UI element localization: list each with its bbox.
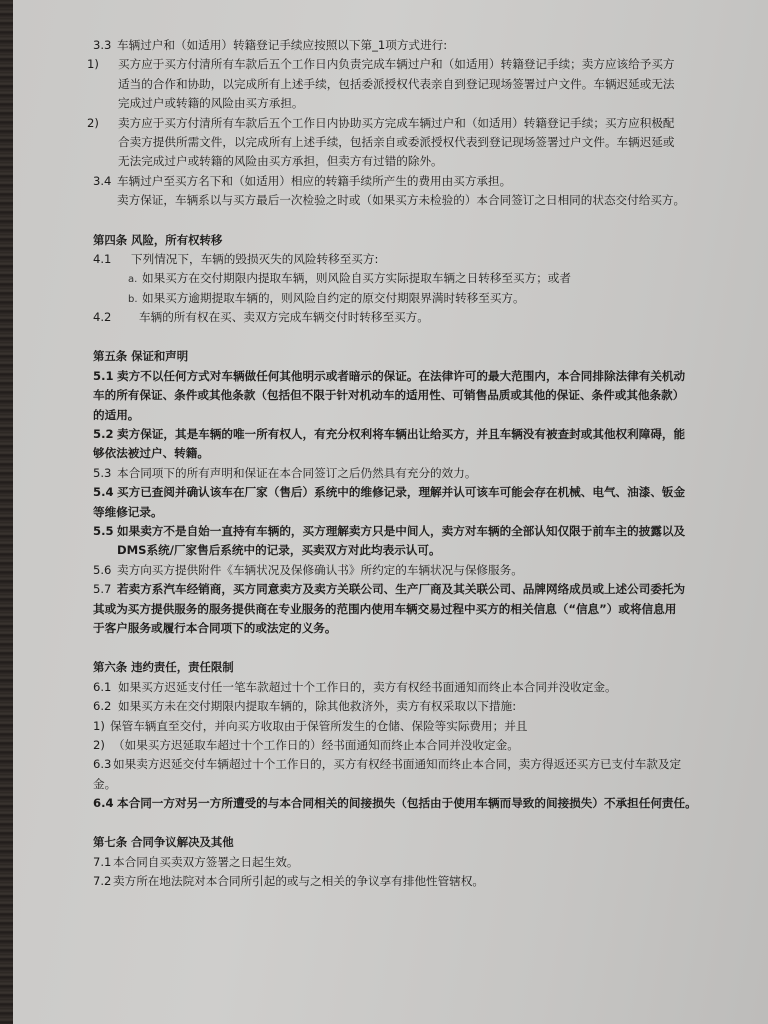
clause-3-4-warranty: 卖方保证，车辆系以与买方最后一次检验之时或（如果买方未检验的）本合同签订之日相同… [93, 191, 738, 210]
section-4-heading: 第四条 风险，所有权转移 [93, 231, 738, 250]
clause-5-5: 5.5如果卖方不是自始一直持有车辆的，买方理解卖方只是中间人，卖方对车辆的全部认… [93, 522, 738, 541]
contract-page: 3.3车辆过户和（如适用）转籍登记手续应按照以下第_1项方式进行: 1)买方应于… [13, 0, 768, 1024]
clause-5-2-line-2: 够依法被过户、转籍。 [93, 444, 738, 463]
clause-6-3: 6.3如果卖方迟延交付车辆超过十个工作日的，买方有权经书面通知而终止本合同，卖方… [93, 755, 738, 774]
clause-5-1-line-3: 的适用。 [93, 406, 738, 425]
clause-4-1-b: b.如果买方逾期提取车辆的，则风险自约定的原交付期限界满时转移至买方。 [93, 289, 738, 308]
clause-5-3: 5.3本合同项下的所有声明和保证在本合同签订之后仍然具有充分的效力。 [93, 464, 738, 483]
clause-3-3-option-2: 2)卖方应于买方付清所有车款后五个工作日内协助买方完成车辆过户和（如适用）转籍登… [87, 114, 738, 133]
clause-3-3-option-2-line-2: 合卖方提供所需文件，以完成所有上述手续，包括亲自或委派授权代表到登记现场签署过户… [93, 133, 738, 152]
section-5-heading: 第五条 保证和声明 [93, 347, 738, 366]
clause-3-3-option-2-line-3: 无法完成过户或转籍的风险由买方承担，但卖方有过错的除外。 [93, 152, 738, 171]
clause-3-3-option-1: 1)买方应于买方付清所有车款后五个工作日内负责完成车辆过户和（如适用）转籍登记手… [87, 55, 738, 74]
clause-5-1-line-2: 车的所有保证、条件或其他条款（包括但不限于针对机动车的适用性、可销售品质或其他的… [93, 386, 738, 405]
section-6-heading: 第六条 违约责任，责任限制 [93, 658, 738, 677]
clause-5-4-line-2: 等维修记录。 [93, 503, 738, 522]
clause-3-3-option-1-line-2: 适当的合作和协助，以完成所有上述手续，包括委派授权代表亲自到登记现场签署过户文件… [93, 75, 738, 94]
desk-background [0, 0, 14, 1024]
clause-4-2: 4.2车辆的所有权在买、卖双方完成车辆交付时转移至买方。 [93, 308, 738, 327]
clause-5-4: 5.4买方已查阅并确认该车在厂家（售后）系统中的维修记录，理解并认可该车可能会存… [93, 483, 738, 502]
clause-5-6: 5.6卖方向买方提供附件《车辆状况及保修确认书》所约定的车辆状况与保修服务。 [93, 561, 738, 580]
clause-6-3-line-2: 金。 [93, 775, 738, 794]
clause-5-5-line-2: DMS系统/厂家售后系统中的记录，买卖双方对此均表示认可。 [93, 541, 738, 560]
clause-6-2: 6.2如果买方未在交付期限内提取车辆的，除其他救济外，卖方有权采取以下措施: [93, 697, 738, 716]
clause-6-2-measure-1: 1)保管车辆直至交付，并向买方收取由于保管所发生的仓储、保险等实际费用；并且 [93, 717, 738, 736]
clause-5-7: 5.7若卖方系汽车经销商，买方同意卖方及卖方关联公司、生产厂商及其关联公司、品牌… [93, 580, 738, 599]
clause-5-1: 5.1卖方不以任何方式对车辆做任何其他明示或者暗示的保证。在法律许可的最大范围内… [93, 367, 738, 386]
clause-7-2: 7.2卖方所在地法院对本合同所引起的或与之相关的争议享有排他性管辖权。 [93, 872, 738, 891]
clause-5-2: 5.2卖方保证，其是车辆的唯一所有权人，有充分权利将车辆出让给买方，并且车辆没有… [93, 425, 738, 444]
clause-6-2-measure-2: 2)（如果买方迟延取车超过十个工作日的）经书面通知而终止本合同并没收定金。 [93, 736, 738, 755]
clause-5-7-line-3: 于客户服务或履行本合同项下的或法定的义务。 [93, 619, 738, 638]
clause-3-4: 3.4车辆过户至买方名下和（如适用）相应的转籍手续所产生的费用由买方承担。 [93, 172, 738, 191]
clause-5-7-line-2: 其或为买方提供服务的服务提供商在专业服务的范围内使用车辆交易过程中买方的相关信息… [93, 600, 738, 619]
clause-6-4: 6.4本合同一方对另一方所遭受的与本合同相关的间接损失（包括由于使用车辆而导致的… [93, 794, 738, 813]
contract-body: 3.3车辆过户和（如适用）转籍登记手续应按照以下第_1项方式进行: 1)买方应于… [93, 36, 738, 892]
section-7-heading: 第七条 合同争议解决及其他 [93, 833, 738, 852]
clause-4-1: 4.1下列情况下，车辆的毁损灭失的风险转移至买方: [93, 250, 738, 269]
clause-3-3: 3.3车辆过户和（如适用）转籍登记手续应按照以下第_1项方式进行: [93, 36, 738, 55]
clause-6-1: 6.1如果买方迟延支付任一笔车款超过十个工作日的，卖方有权经书面通知而终止本合同… [93, 678, 738, 697]
clause-7-1: 7.1本合同自买卖双方签署之日起生效。 [93, 853, 738, 872]
clause-4-1-a: a.如果买方在交付期限内提取车辆，则风险自买方实际提取车辆之日转移至买方；或者 [93, 269, 738, 288]
clause-3-3-option-1-line-3: 完成过户或转籍的风险由买方承担。 [93, 94, 738, 113]
